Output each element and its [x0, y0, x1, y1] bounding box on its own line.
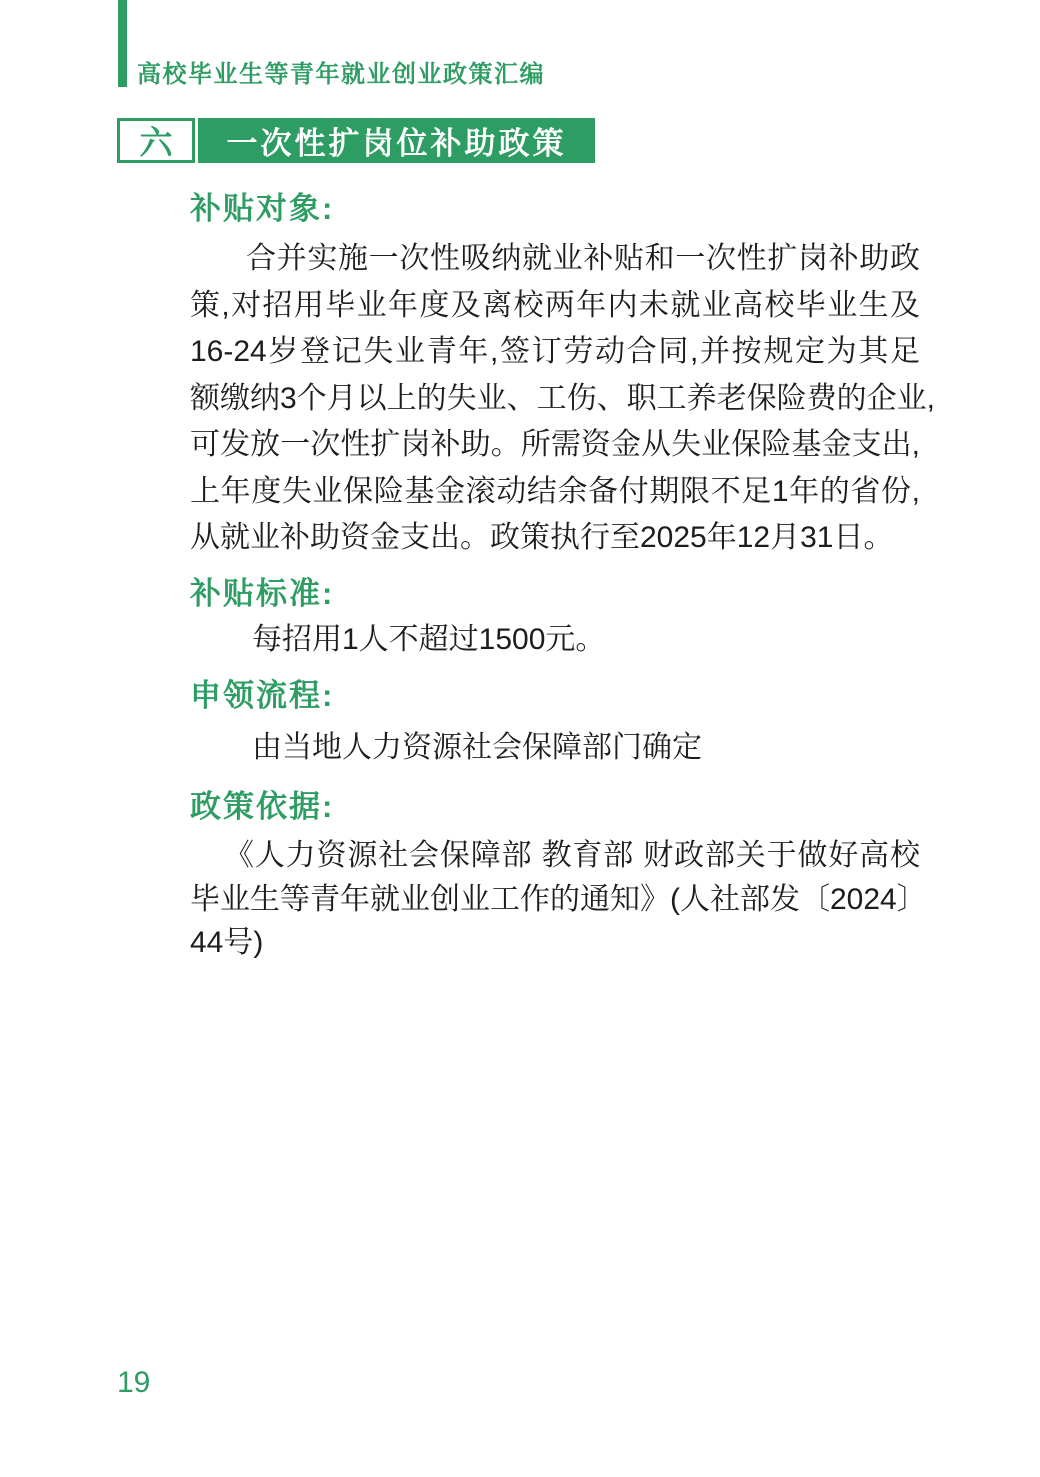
- section-title: 一次性扩岗位补助政策: [227, 118, 567, 163]
- paragraph-line: 额缴纳3个月以上的失业、工伤、职工养老保险费的企业,: [190, 376, 920, 423]
- left-accent-bar: [118, 0, 127, 87]
- paragraph-line: 毕业生等青年就业创业工作的通知》(人社部发〔2024〕: [190, 878, 920, 922]
- section-title-bar: 一次性扩岗位补助政策: [198, 118, 595, 163]
- paragraph-line: 上年度失业保险基金滚动结余备付期限不足1年的省份,: [190, 469, 920, 516]
- heading-subsidy-target: 补贴对象:: [190, 191, 334, 227]
- paragraph-line: 策,对招用毕业年度及离校两年内未就业高校毕业生及: [190, 283, 920, 330]
- paragraph-line: 从就业补助资金支出。政策执行至2025年12月31日。: [190, 515, 920, 562]
- paragraph-line: 16-24岁登记失业青年,签订劳动合同,并按规定为其足: [190, 329, 920, 376]
- paragraph-line: 可发放一次性扩岗补助。所需资金从失业保险基金支出,: [190, 422, 920, 469]
- paragraph-line: 44号): [190, 921, 920, 965]
- policy-basis-paragraph: 《人力资源社会保障部 教育部 财政部关于做好高校 毕业生等青年就业创业工作的通知…: [190, 834, 920, 965]
- heading-policy-basis: 政策依据:: [190, 789, 334, 825]
- booklet-title: 高校毕业生等青年就业创业政策汇编: [137, 54, 545, 89]
- subsidy-standard-text: 每招用1人不超过1500元。: [190, 620, 920, 660]
- page-number: 19: [117, 1366, 150, 1400]
- application-process-text: 由当地人力资源社会保障部门确定: [190, 728, 920, 768]
- section-number: 六: [140, 117, 173, 164]
- section-header: 六 一次性扩岗位补助政策: [117, 118, 595, 163]
- paragraph-line: 《人力资源社会保障部 教育部 财政部关于做好高校: [190, 834, 920, 878]
- heading-application-process: 申领流程:: [190, 678, 334, 714]
- section-number-badge: 六: [117, 118, 195, 163]
- subsidy-target-paragraph: 合并实施一次性吸纳就业补贴和一次性扩岗补助政 策,对招用毕业年度及离校两年内未就…: [190, 236, 920, 562]
- paragraph-line: 合并实施一次性吸纳就业补贴和一次性扩岗补助政: [190, 236, 920, 283]
- heading-subsidy-standard: 补贴标准:: [190, 576, 334, 612]
